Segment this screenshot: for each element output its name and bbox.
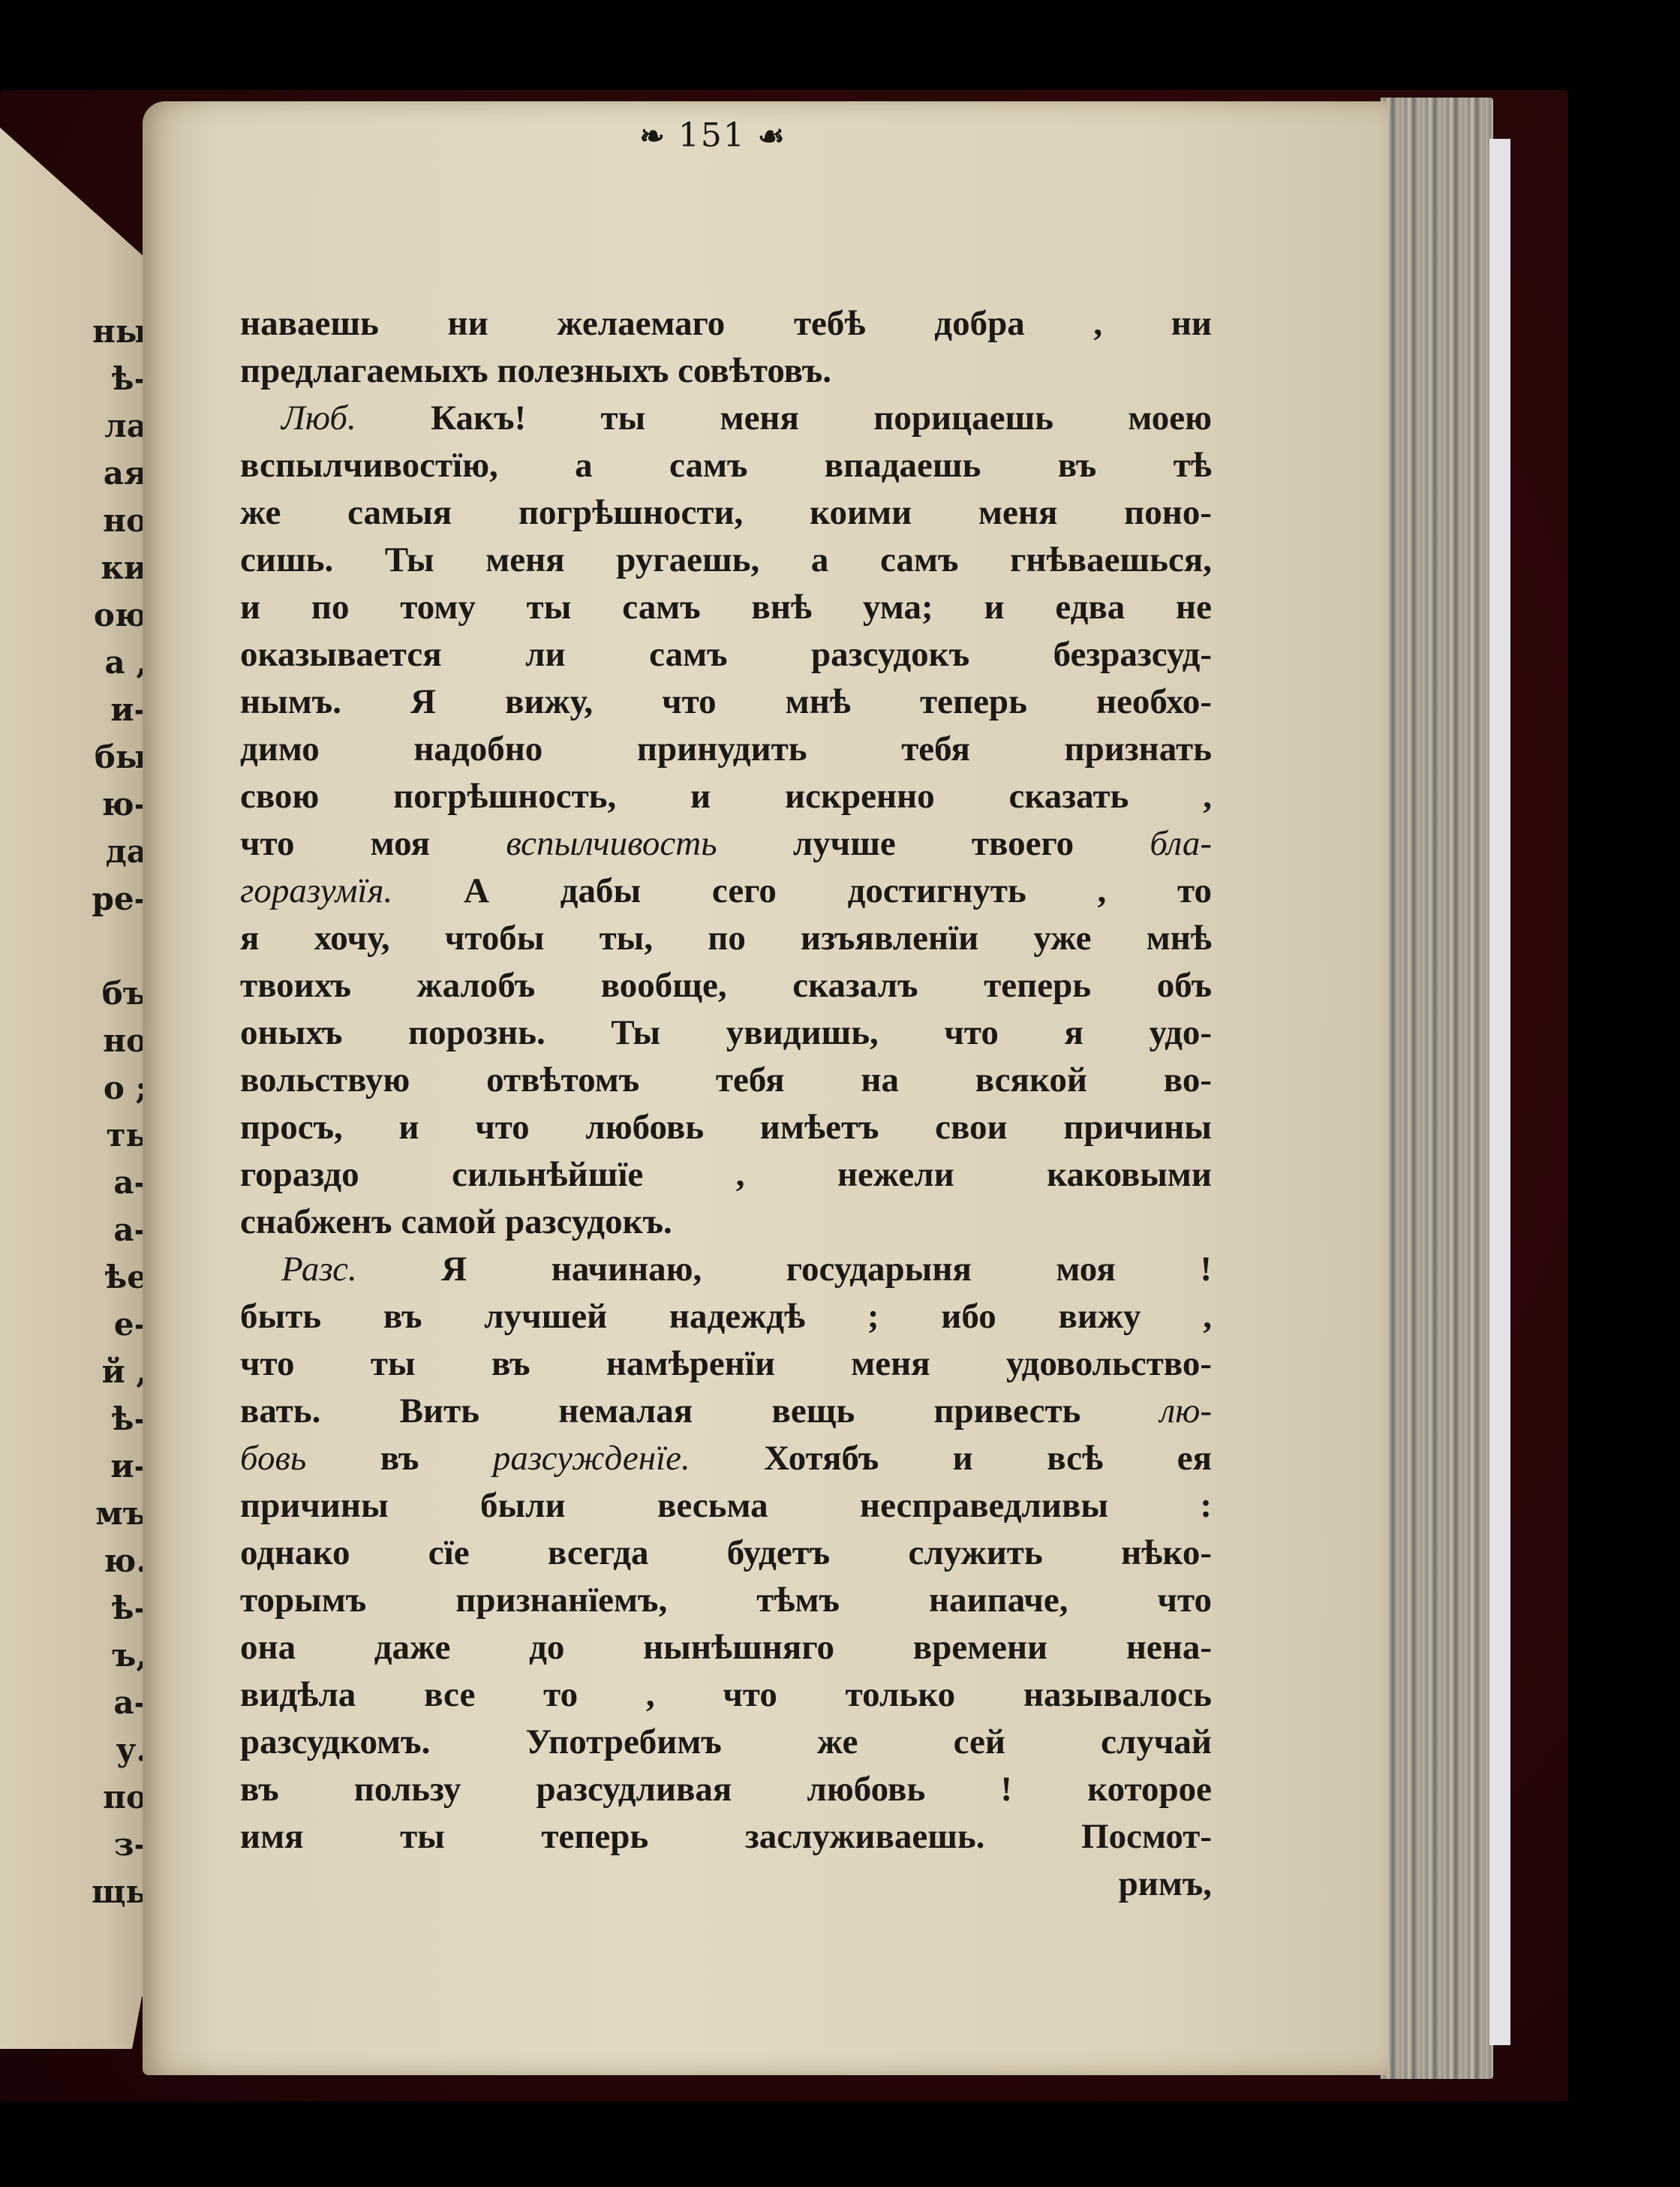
- italic-span: горазумїя.: [240, 871, 392, 910]
- text-line: Люб. Какъ! ты меня порицаешь моею: [240, 395, 1212, 442]
- text-span: Какъ! ты меня порицаешь моею: [431, 399, 1212, 438]
- italic-span: лю-: [1160, 1391, 1212, 1430]
- left-line: й ,: [0, 1348, 150, 1395]
- left-line: и-: [0, 686, 150, 733]
- text-line: въ пользу разсудливая любовь ! которое: [240, 1766, 1212, 1813]
- text-span: А дабы сего достигнуть , то: [464, 871, 1212, 910]
- italic-span: бла-: [1150, 824, 1212, 863]
- text-line: однако сїе всегда будетъ служить нѣко-: [240, 1530, 1212, 1577]
- text-line: свою погрѣшность, и искренно сказать ,: [240, 773, 1212, 820]
- page-header: ❧ 151 ☙: [578, 116, 848, 155]
- text-span: Хотябъ и всѣ ея: [764, 1439, 1212, 1478]
- left-line: ою: [0, 591, 150, 639]
- text-span: что моя: [240, 824, 430, 863]
- text-line: она даже до нынѣшняго времени нена-: [240, 1624, 1212, 1671]
- text-line: имя ты теперь заслуживаешь. Посмот-: [240, 1813, 1212, 1861]
- text-line: наваешь ни желаемаго тебѣ добра , ни: [240, 300, 1212, 347]
- left-line-gap: [0, 922, 150, 970]
- text-line: видѣла все то , что только называлось: [240, 1671, 1212, 1719]
- left-line: ю.: [0, 1537, 150, 1584]
- text-span: въ: [380, 1439, 419, 1478]
- text-line: вать. Вить немалая вещь привесть лю-: [240, 1388, 1212, 1435]
- text-span: вать. Вить немалая вещь привесть: [240, 1391, 1080, 1430]
- left-line: по: [0, 1773, 150, 1821]
- left-line: ая: [0, 450, 150, 497]
- text-line: оказывается ли самъ разсудокъ безразсуд-: [240, 631, 1212, 678]
- left-line: ъ,: [0, 1632, 150, 1679]
- text-line: причины были весьма несправедливы :: [240, 1482, 1212, 1530]
- left-line: бы: [0, 733, 150, 781]
- left-line: ю-: [0, 781, 150, 828]
- text-line: бовь въ разсужденїе. Хотябъ и всѣ ея: [240, 1435, 1212, 1482]
- left-line: щь: [0, 1868, 150, 1915]
- left-line: ѣ-: [0, 1584, 150, 1632]
- left-line: но: [0, 1017, 150, 1064]
- left-line: ки: [0, 544, 150, 591]
- text-line: сишь. Ты меня ругаешь, а самъ гнѣваешься…: [240, 537, 1212, 584]
- text-span: лучше твоего: [793, 824, 1074, 863]
- text-line: торымъ признанїемъ, тѣмъ наипаче, что: [240, 1577, 1212, 1624]
- left-line: а-: [0, 1206, 150, 1253]
- text-line: димо надобно принудить тебя признать: [240, 726, 1212, 773]
- text-line: оныхъ порознь. Ты увидишь, что я удо-: [240, 1009, 1212, 1057]
- text-line: просъ, и что любовь имѣетъ свои причины: [240, 1104, 1212, 1151]
- text-line: твоихъ жалобъ вообще, сказалъ теперь объ: [240, 962, 1212, 1009]
- left-line: но: [0, 497, 150, 544]
- left-line: и-: [0, 1442, 150, 1490]
- italic-span: бовь: [240, 1439, 306, 1478]
- left-line: о ;: [0, 1064, 150, 1112]
- text-line: быть въ лучшей надеждѣ ; ибо вижу ,: [240, 1293, 1212, 1340]
- speaker-label: Разс.: [281, 1250, 357, 1289]
- page-stack-edge: [1381, 98, 1493, 2079]
- text-line: горазумїя. А дабы сего достигнуть , то: [240, 868, 1212, 915]
- left-line: е-: [0, 1301, 150, 1348]
- left-line: ла: [0, 402, 150, 450]
- left-line: бъ: [0, 970, 150, 1017]
- text-line: предлагаемыхъ полезныхъ совѣтовъ.: [240, 347, 1212, 395]
- left-line: ѣ-: [0, 355, 150, 402]
- italic-span: разсужденїе.: [493, 1439, 690, 1478]
- text-line: Разс. Я начинаю, государыня моя !: [240, 1246, 1212, 1293]
- left-line: а ,: [0, 639, 150, 686]
- left-line: мъ: [0, 1490, 150, 1537]
- text-span: Я начинаю, государыня моя !: [441, 1250, 1212, 1289]
- left-line: а-: [0, 1159, 150, 1206]
- text-line: и по тому ты самъ внѣ ума; и едва не: [240, 584, 1212, 631]
- left-line: ны: [0, 308, 150, 355]
- left-line: у.: [0, 1726, 150, 1773]
- italic-span: вспылчивость: [506, 824, 717, 863]
- text-line: же самыя погрѣшности, коими меня поно-: [240, 489, 1212, 537]
- page-number: 151: [678, 116, 746, 155]
- page-body: наваешь ни желаемаго тебѣ добра , ни пре…: [240, 300, 1212, 1908]
- text-line: гораздо сильнѣйшїе , нежели каковыми: [240, 1151, 1212, 1199]
- catchword: римъ,: [240, 1861, 1212, 1908]
- left-line: да: [0, 828, 150, 875]
- left-page-text-fragment: ны ѣ- ла ая но ки ою а , и- бы ю- да ре-…: [0, 308, 150, 1915]
- text-line: я хочу, чтобы ты, по изъявленїи уже мнѣ: [240, 915, 1212, 962]
- text-line: вспылчивостїю, а самъ впадаешь въ тѣ: [240, 442, 1212, 489]
- text-line: что моя вспылчивость лучше твоего бла-: [240, 820, 1212, 868]
- text-line: снабженъ самой разсудокъ.: [240, 1199, 1212, 1246]
- text-line: что ты въ намѣренїи меня удовольство-: [240, 1340, 1212, 1388]
- left-line: ре-: [0, 875, 150, 922]
- ornament-left-icon: ❧: [639, 119, 666, 154]
- speaker-label: Люб.: [281, 399, 356, 438]
- left-line: з-: [0, 1821, 150, 1868]
- left-line: ѣ-: [0, 1395, 150, 1442]
- text-line: разсудкомъ. Употребимъ же сей случай: [240, 1719, 1212, 1766]
- text-line: нымъ. Я вижу, что мнѣ теперь необхо-: [240, 678, 1212, 726]
- endpaper-edge: [1489, 139, 1510, 2045]
- left-line: ѣе: [0, 1253, 150, 1301]
- text-line: вольствую отвѣтомъ тебя на всякой во-: [240, 1057, 1212, 1104]
- left-line: а-: [0, 1679, 150, 1726]
- left-line: ть: [0, 1112, 150, 1159]
- ornament-right-icon: ☙: [758, 119, 786, 154]
